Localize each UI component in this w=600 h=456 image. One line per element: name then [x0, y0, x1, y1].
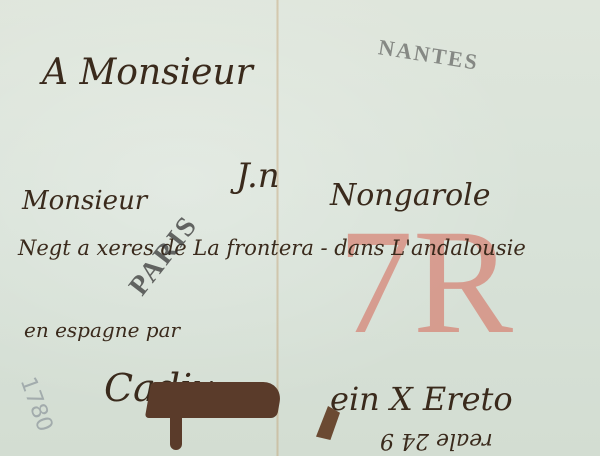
nantes-postmark: NANTES [377, 34, 481, 76]
letter-cover: NANTES A Monsieur Monsieur J.n Nongarole… [0, 0, 600, 456]
salutation: A Monsieur [42, 52, 253, 93]
address-line-3: en espagne par [24, 318, 180, 342]
ink-drip [170, 410, 182, 450]
rate-postmark-7r: 7R [338, 196, 513, 368]
docket-text: ein X Ereto [330, 380, 513, 418]
ink-blot [145, 382, 283, 418]
recipient-title: Monsieur [22, 186, 147, 216]
ink-mark [316, 406, 340, 440]
pencil-note: 1780 [15, 374, 58, 435]
recipient-initial: J.n [236, 156, 280, 196]
address-line-2: Negt a xeres de La frontera - dans L'and… [18, 236, 526, 260]
inverted-text: reale 24 9 [380, 428, 493, 453]
